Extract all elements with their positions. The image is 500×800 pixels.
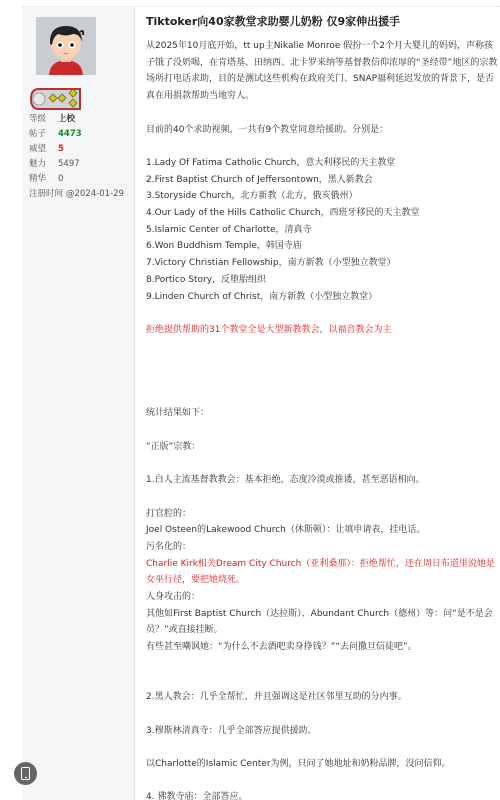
black-churches: 2.黑人教会：几乎全帮忙，并且强调这是社区邻里互助的分内事。 (146, 689, 498, 706)
personal-attack-text: 其他如First Baptist Church（达拉斯）、Abundant Ch… (146, 606, 498, 639)
church-item: 7.Victory Christian Fellowship，南方新教（小型独立… (146, 255, 498, 272)
mosques: 3.穆斯林清真寺：几乎全部答应提供援助。 (146, 723, 498, 740)
bureaucratic-label: 打官腔的： (146, 506, 498, 523)
stat-charm: 魅力5497 (29, 157, 124, 172)
post-summary: 目前的40个求助视频，一共有9个教堂同意给援助。分别是： (146, 122, 498, 139)
mobile-view-button[interactable] (14, 762, 37, 785)
mocking-text: 有些甚至嘲讽她：“为什么不去酒吧卖身挣钱？”“去问撒旦信徒吧”。 (146, 639, 498, 656)
mobile-phone-icon (21, 767, 30, 780)
church-item: 1.Lady Of Fatima Catholic Church，意大利移民的天… (146, 155, 498, 172)
user-profile-sidebar: 等级上校 帖子4473 威望5 魅力5497 精华0 注册时间@2024-01-… (22, 7, 135, 800)
stigmatizing-text: Charlie Kirk相关Dream City Church（亚利桑那）：拒绝… (146, 556, 498, 589)
stat-essence: 精华0 (29, 172, 124, 187)
bureaucratic-text: Joel Osteen的Lakewood Church（休斯顿）：让填申请表，挂… (146, 522, 498, 539)
stat-posts: 帖子4473 (29, 127, 124, 142)
church-item: 2.First Baptist Church of Jeffersontown，… (146, 172, 498, 189)
orthodox-heading: “正版”宗教： (146, 439, 498, 456)
refused-note: 拒绝提供帮助的31个教堂全是大型新教教会，以福音教会为主 (146, 322, 498, 339)
church-item: 8.Portico Story，反堕胎组织 (146, 272, 498, 289)
user-stats: 等级上校 帖子4473 威望5 魅力5497 精华0 注册时间@2024-01-… (29, 112, 124, 202)
church-item: 5.Islamic Center of Charlotte，清真寺 (146, 222, 498, 239)
rank-badge-icon (29, 87, 83, 111)
white-churches: 1.白人主流基督教教会：基本拒绝，态度冷漠或推诿，甚至恶语相向。 (146, 472, 498, 489)
stats-heading: 统计结果如下： (146, 405, 498, 422)
post-content: Tiktoker向40家教堂求助婴儿奶粉 仅9家伸出援手 从2025年10月底开… (146, 15, 498, 800)
church-item: 9.Linden Church of Christ，南方新教（小型独立教堂） (146, 289, 498, 306)
stat-prestige: 威望5 (29, 142, 124, 157)
stat-regtime: 注册时间@2024-01-29 (29, 187, 124, 202)
charlotte-example: 以Charlotte的Islamic Center为例，只问了她地址和奶粉品牌，… (146, 756, 498, 773)
church-item: 6.Won Buddhism Temple，韩国寺庙 (146, 238, 498, 255)
church-item: 3.Storyside Church，北方新教（北方，俄亥俄州） (146, 188, 498, 205)
stigmatizing-label: 污名化的： (146, 539, 498, 556)
avatar[interactable] (36, 17, 96, 75)
church-item: 4.Our Lady of the Hills Catholic Church，… (146, 205, 498, 222)
post-title: Tiktoker向40家教堂求助婴儿奶粉 仅9家伸出援手 (146, 15, 498, 29)
buddhist: 4. 佛教寺庙：全部答应。 (146, 789, 498, 800)
post-intro: 从2025年10月底开始，tt up主Nikalie Monroe 假扮一个2个… (146, 38, 498, 105)
stat-rank: 等级上校 (29, 112, 124, 127)
personal-attack-label: 人身攻击的： (146, 589, 498, 606)
